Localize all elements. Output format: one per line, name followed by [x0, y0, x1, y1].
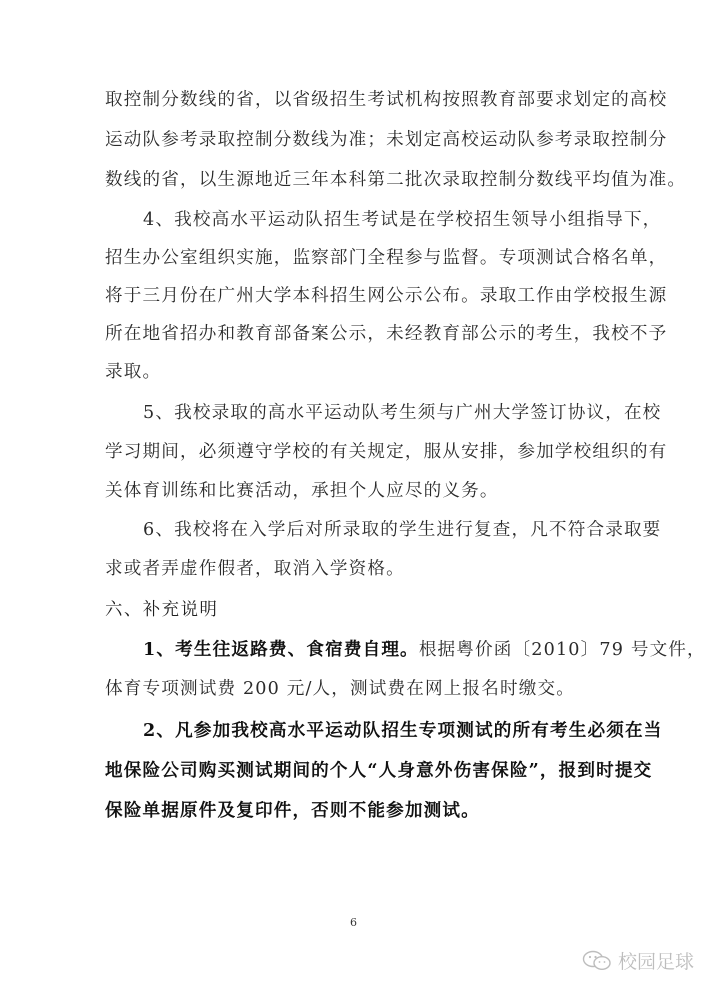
- supplement-1-bold: 1、考生往返路费、食宿费自理。: [143, 639, 419, 660]
- section-heading: 六、补充说明: [105, 598, 218, 622]
- item-4-line: 将于三月份在广州大学本科招生网公示公布。录取工作由学校报生源: [105, 284, 608, 308]
- item-5-line: 学习期间，必须遵守学校的有关规定，服从安排，参加学校组织的有: [105, 440, 608, 464]
- paragraph-line: 取控制分数线的省，以省级招生考试机构按照教育部要求划定的高校: [105, 88, 608, 112]
- paragraph-line: 运动队参考录取控制分数线为准；未划定高校运动队参考录取控制分: [105, 128, 608, 152]
- watermark: 校园足球: [582, 947, 694, 974]
- watermark-label: 校园足球: [618, 947, 694, 974]
- paragraph-line: 数线的省，以生源地近三年本科第二批次录取控制分数线平均值为准。: [105, 168, 686, 192]
- document-page: 取控制分数线的省，以省级招生考试机构按照教育部要求划定的高校 运动队参考录取控制…: [0, 0, 707, 1000]
- item-4-line: 招生办公室组织实施，监察部门全程参与监督。专项测试合格名单，: [105, 246, 608, 270]
- supplement-1-rest: 根据粤价函〔2010〕79 号文件，: [419, 640, 706, 660]
- wechat-icon: [582, 950, 612, 972]
- item-4-line: 所在地省招办和教育部备案公示，未经教育部公示的考生，我校不予: [105, 322, 608, 346]
- supplement-2-line: 2、凡参加我校高水平运动队招生专项测试的所有考生必须在当: [143, 719, 608, 743]
- item-6-line: 求或者弄虚作假者，取消入学资格。: [105, 557, 405, 581]
- supplement-1-line: 体育专项测试费 200 元/人，测试费在网上报名时缴交。: [105, 677, 575, 701]
- item-6-line: 6、我校将在入学后对所录取的学生进行复查，凡不符合录取要: [143, 518, 608, 542]
- page-number: 6: [350, 916, 357, 929]
- supplement-2-line: 保险单据原件及复印件，否则不能参加测试。: [105, 799, 480, 823]
- item-4-line: 录取。: [105, 360, 161, 384]
- item-5-line: 5、我校录取的高水平运动队考生须与广州大学签订协议，在校: [143, 401, 608, 425]
- item-4-line: 4、我校高水平运动队招生考试是在学校招生领导小组指导下，: [143, 208, 608, 232]
- supplement-1-line: 1、考生往返路费、食宿费自理。根据粤价函〔2010〕79 号文件，: [143, 638, 608, 662]
- item-5-line: 关体育训练和比赛活动，承担个人应尽的义务。: [105, 479, 499, 503]
- supplement-2-line: 地保险公司购买测试期间的个人“人身意外伤害保险”，报到时提交: [105, 759, 608, 783]
